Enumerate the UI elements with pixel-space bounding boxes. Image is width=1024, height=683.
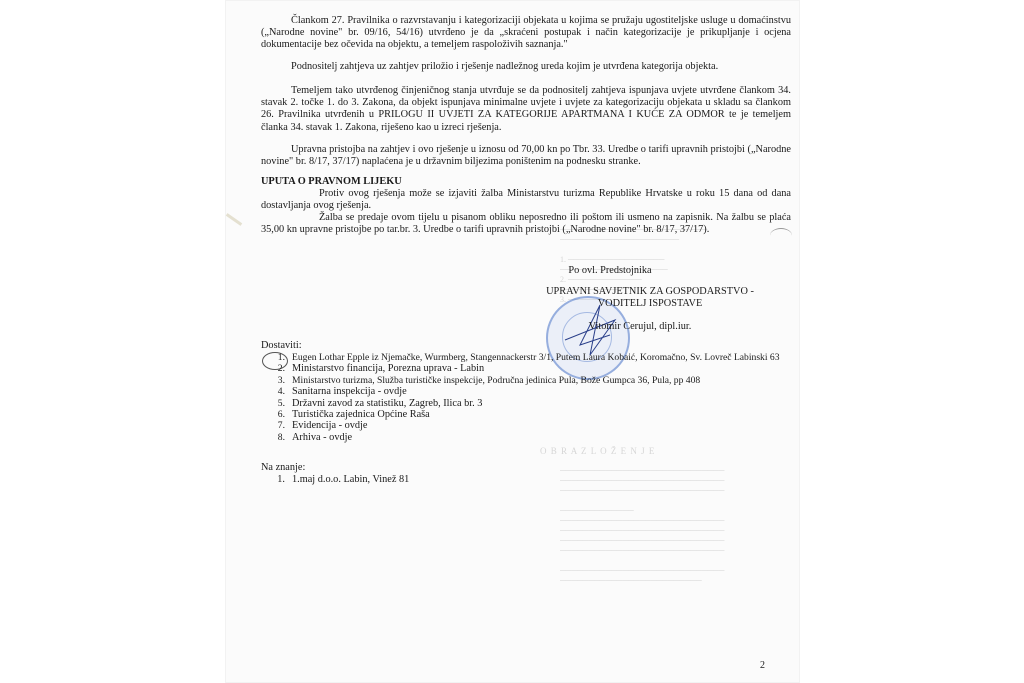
signature-title-2: VODITELJ ISPOSTAVE xyxy=(500,297,800,310)
paragraph-findings: Temeljem tako utvrđenog činjeničnog stan… xyxy=(261,85,791,134)
paragraph-fee: Upravna pristojba na zahtjev i ovo rješe… xyxy=(261,144,791,168)
signature-on-behalf: Po ovl. Predstojnika xyxy=(540,264,680,277)
list-item: 8.Arhiva - ovdje xyxy=(263,432,783,443)
list-item: 4.Sanitarna inspekcija - ovdje xyxy=(263,386,783,397)
legal-remedy-paragraph-2: Žalba se predaje ovom tijelu u pisanom o… xyxy=(261,212,791,236)
list-item: 1.Eugen Lothar Epple iz Njemačke, Wurmbe… xyxy=(263,352,783,363)
paragraph-article-27: Člankom 27. Pravilnika o razvrstavanju i… xyxy=(261,15,791,52)
paragraph-applicant: Podnositelj zahtjeva uz zahtjev priložio… xyxy=(261,61,791,73)
legal-remedy-heading: UPUTA O PRAVNOM LIJEKU xyxy=(261,176,402,187)
for-information-list: 1.1.maj d.o.o. Labin, Vinež 81 xyxy=(263,474,783,486)
bleed-through-body: ────────────────────────────────────────… xyxy=(560,466,790,626)
list-item: 5.Državni zavod za statistiku, Zagreb, I… xyxy=(263,398,783,409)
deliver-to-label: Dostaviti: xyxy=(261,340,302,352)
bleed-through-heading: O B R A Z L O Ž E N J E xyxy=(540,446,655,456)
list-item: 6.Turistička zajednica Općine Raša xyxy=(263,409,783,420)
legal-remedy-paragraph-1: Protiv ovog rješenja može se izjaviti ža… xyxy=(261,188,791,212)
deliver-to-list: 1.Eugen Lothar Epple iz Njemačke, Wurmbe… xyxy=(263,352,783,443)
signatory-name: Vitomir Cerujul, dipl.iur. xyxy=(540,320,740,333)
list-item: 7.Evidencija - ovdje xyxy=(263,420,783,431)
page-number: 2 xyxy=(760,660,765,671)
list-item: 2.Ministarstvo financija, Porezna uprava… xyxy=(263,363,783,374)
list-item: 1.1.maj d.o.o. Labin, Vinež 81 xyxy=(263,474,783,486)
list-item: 3.Ministarstvo turizma, Služba turističk… xyxy=(263,375,783,386)
for-information-label: Na znanje: xyxy=(261,462,305,474)
scan-curl-mark xyxy=(770,228,792,243)
